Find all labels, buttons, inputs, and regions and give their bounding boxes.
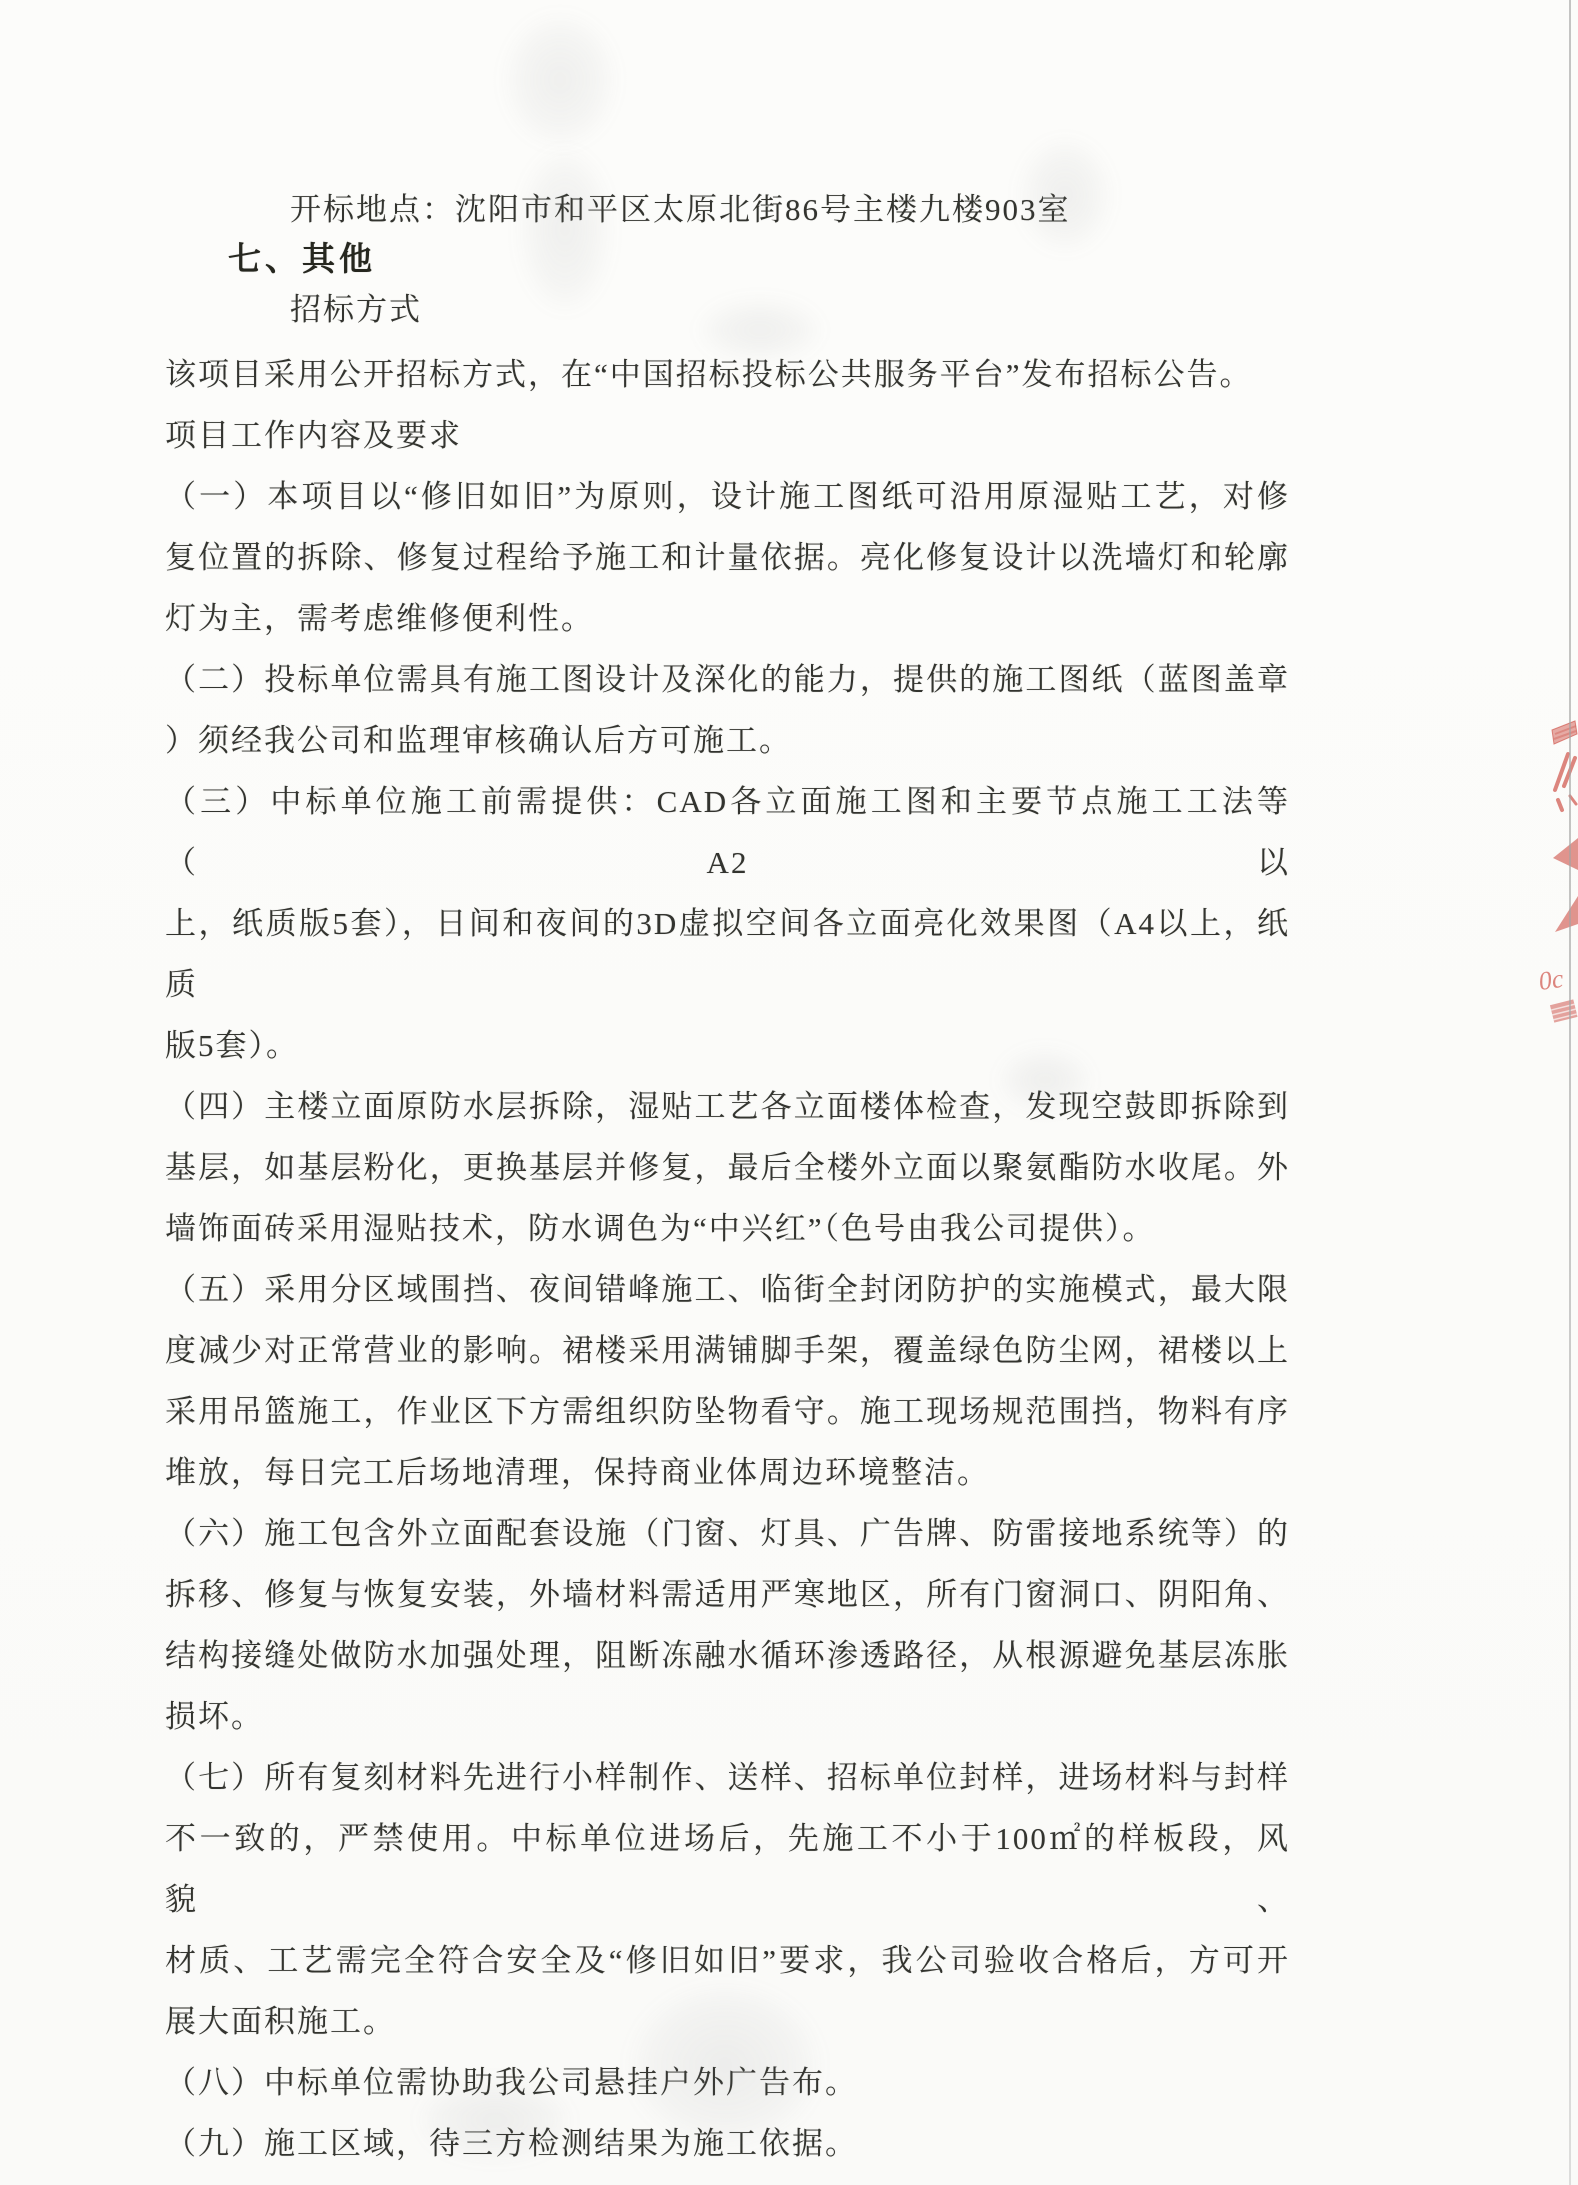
text-line: （一）本项目以“修旧如旧”为原则，设计施工图纸可沿用原湿贴工艺，对修: [165, 466, 1290, 527]
text-line: 堆放，每日完工后场地清理，保持商业体周边环境整洁。: [165, 1442, 1290, 1503]
text-line: （四）主楼立面原防水层拆除，湿贴工艺各立面楼体检查，发现空鼓即拆除到: [165, 1076, 1290, 1137]
scanned-document-page: 开标地点：沈阳市和平区太原北街86号主楼九楼903室七、其他招标方式 该项目采用…: [0, 0, 1578, 2185]
text-line: 拆移、修复与恢复安装，外墙材料需适用严寒地区，所有门窗洞口、阴阳角、: [165, 1564, 1290, 1625]
bleedthrough-smudge: [700, 300, 820, 360]
bleedthrough-smudge: [630, 1985, 820, 2145]
bleedthrough-smudge: [1000, 1050, 1090, 1110]
scan-edge-line: [1569, 0, 1571, 2185]
text-line: 损坏。: [165, 1686, 1290, 1747]
document-body-lines: 该项目采用公开招标方式，在“中国招标投标公共服务平台”发布招标公告。项目工作内容…: [165, 344, 1290, 2174]
text-line: 灯为主，需考虑维修便利性。: [165, 588, 1290, 649]
text-line: 复位置的拆除、修复过程给予施工和计量依据。亮化修复设计以洗墙灯和轮廓: [165, 527, 1290, 588]
bleedthrough-smudge: [1020, 140, 1110, 250]
text-line: 不一致的，严禁使用。中标单位进场后，先施工不小于100㎡的样板段，风貌、: [165, 1808, 1290, 1930]
text-line: 结构接缝处做防水加强处理，阻断冻融水循环渗透路径，从根源避免基层冻胀: [165, 1625, 1290, 1686]
text-line: 基层，如基层粉化，更换基层并修复，最后全楼外立面以聚氨酯防水收尾。外: [165, 1137, 1290, 1198]
text-line: 上，纸质版5套），日间和夜间的3D虚拟空间各立面亮化效果图（A4以上，纸质: [165, 893, 1290, 1015]
text-line: 采用吊篮施工，作业区下方需组织防坠物看守。施工现场规范围挡，物料有序: [165, 1381, 1290, 1442]
text-line: （五）采用分区域围挡、夜间错峰施工、临街全封闭防护的实施模式，最大限: [165, 1259, 1290, 1320]
text-line: ）须经我公司和监理审核确认后方可施工。: [165, 710, 1290, 771]
text-line: （七）所有复刻材料先进行小样制作、送样、招标单位封样，进场材料与封样: [165, 1747, 1290, 1808]
text-line: 项目工作内容及要求: [165, 405, 1290, 466]
stamp-fragment-text: 0c: [1536, 966, 1578, 1028]
stamp-fragment-star-points: [1550, 838, 1578, 938]
text-line: 七、其他: [165, 235, 1300, 285]
text-line: 版5套）。: [165, 1015, 1290, 1076]
text-line: （三）中标单位施工前需提供：CAD各立面施工图和主要节点施工工法等（A2以: [165, 771, 1290, 893]
bleedthrough-smudge: [420, 2080, 570, 2160]
text-line: （二）投标单位需具有施工图设计及深化的能力，提供的施工图纸（蓝图盖章: [165, 649, 1290, 710]
text-line: 度减少对正常营业的影响。裙楼采用满铺脚手架，覆盖绿色防尘网，裙楼以上: [165, 1320, 1290, 1381]
text-line: 材质、工艺需完全符合安全及“修旧如旧”要求，我公司验收合格后，方可开: [165, 1930, 1290, 1991]
text-line: （六）施工包含外立面配套设施（门窗、灯具、广告牌、防雷接地系统等）的: [165, 1503, 1290, 1564]
text-line: 开标地点：沈阳市和平区太原北街86号主楼九楼903室: [165, 185, 1300, 235]
stamp-fragment-strokes: [1546, 718, 1578, 820]
text-line: 墙饰面砖采用湿贴技术，防水调色为“中兴红”（色号由我公司提供）。: [165, 1198, 1290, 1259]
bleedthrough-smudge: [520, 150, 610, 310]
svg-text:0c: 0c: [1537, 966, 1566, 996]
bleedthrough-smudge: [505, 15, 615, 145]
